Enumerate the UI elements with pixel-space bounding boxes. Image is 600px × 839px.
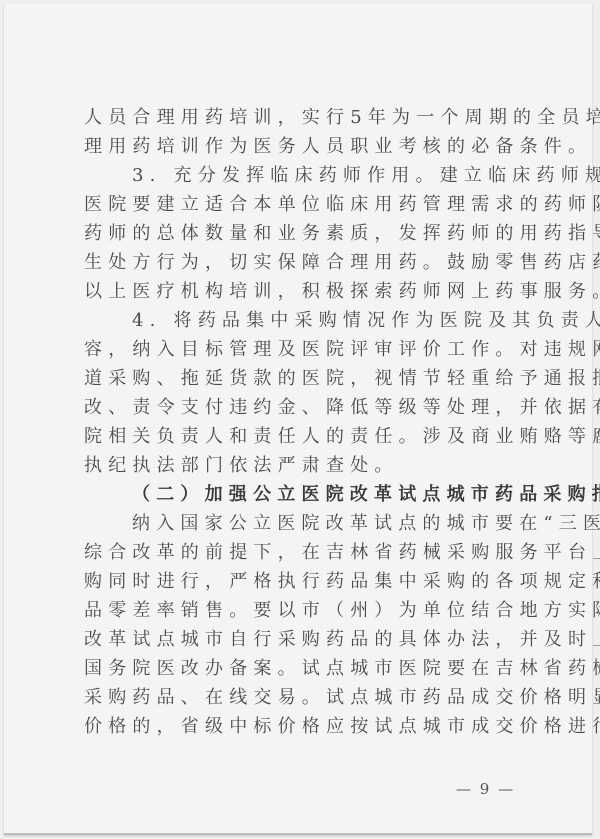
text-line: 纳入国家公立医院改革试点的城市要在“三医联动”和实施 — [84, 509, 528, 538]
text-line: 改、责令支付违约金、降低等级等处理，并依据有关规定追究医 — [84, 393, 528, 422]
text-line: 品零差率销售。要以市（州）为单位结合地方实际制定公立医院 — [84, 596, 528, 625]
text-line: 价格的，省级中标价格应按试点城市成交价格进行调整。大力发 — [84, 712, 528, 741]
text-line: 以上医疗机构培训，积极探索药师网上药事服务。 — [84, 277, 528, 306]
document-page: 人员合理用药培训，实行5年为一个周期的全员培训，探索将合 理用药培训作为医务人员… — [4, 4, 592, 835]
section-heading-2: （二）加强公立医院改革试点城市药品采购指导。 — [84, 480, 528, 509]
text-line: 执纪执法部门依法严肃查处。 — [84, 451, 528, 480]
text-line: 改革试点城市自行采购药品的具体办法，并及时上报省医改办和 — [84, 625, 528, 654]
page-number: — 9 — — [456, 780, 515, 798]
text-line: 生处方行为，切实保障合理用药。鼓励零售药店药师定期到二级 — [84, 248, 528, 277]
text-line: 药师的总体数量和业务素质，发挥药师的用药指导作用，规范医 — [84, 219, 528, 248]
text-line: 购同时进行，严格执行药品集中采购的各项规定和要求，实行药 — [84, 567, 528, 596]
text-line: 道采购、拖延货款的医院，视情节轻重给予通报批评、限期整 — [84, 364, 528, 393]
body-text: 人员合理用药培训，实行5年为一个周期的全员培训，探索将合 理用药培训作为医务人员… — [84, 103, 528, 741]
text-line: 容，纳入目标管理及医院评审评价工作。对违规网下等非规定渠 — [84, 335, 528, 364]
text-line: 人员合理用药培训，实行5年为一个周期的全员培训，探索将合 — [84, 103, 528, 132]
text-line: 采购药品、在线交易。试点城市药品成交价格明显低于省级中标 — [84, 683, 528, 712]
text-line: 理用药培训作为医务人员职业考核的必备条件。 — [84, 132, 528, 161]
text-line: 综合改革的前提下，在吉林省药械采购服务平台上与省级集中采 — [84, 538, 528, 567]
section-item-3: 3. 充分发挥临床药师作用。建立临床药师规范化培训制度， — [84, 161, 528, 190]
text-line: 院相关负责人和责任人的责任。涉及商业贿赂等腐败行为的，由 — [84, 422, 528, 451]
text-line: 国务院医改办备案。试点城市医院要在吉林省药械采购服务平台 — [84, 654, 528, 683]
text-line: 医院要建立适合本单位临床用药管理需求的药师队伍，全面提升 — [84, 190, 528, 219]
section-item-4: 4. 将药品集中采购情况作为医院及其负责人的重要考核内 — [84, 306, 528, 335]
